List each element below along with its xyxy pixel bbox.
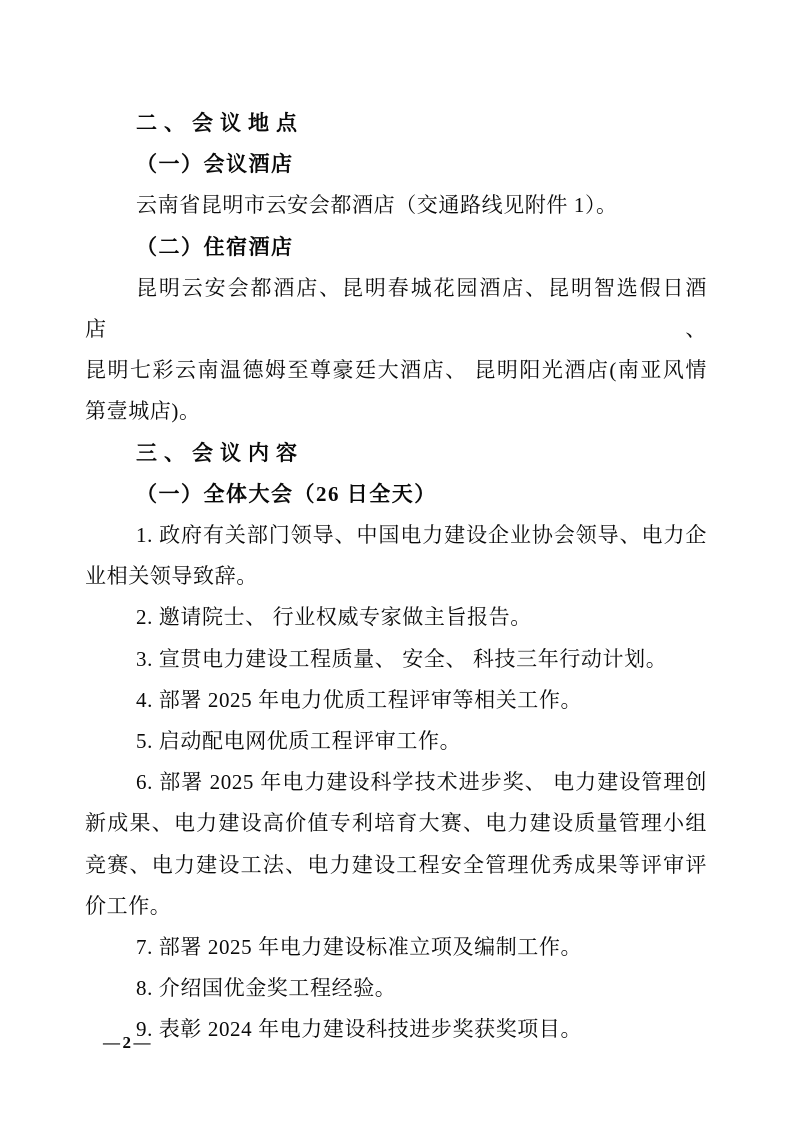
- page-number: —2—: [103, 1033, 153, 1053]
- document-page: { "doc": { "lines": [ { "role": "section…: [0, 0, 793, 1122]
- section-heading: 二、会议地点: [85, 103, 707, 144]
- subsection-heading: （二）住宿酒店: [85, 227, 707, 268]
- paragraph-line: 1. 政府有关部门领导、中国电力建设企业协会领导、电力企: [85, 515, 707, 556]
- page: 二、会议地点 （一）会议酒店 云南省昆明市云安会都酒店（交通路线见附件 1）。 …: [0, 0, 793, 1122]
- paragraph-line: 3. 宣贯电力建设工程质量、 安全、 科技三年行动计划。: [85, 639, 707, 680]
- paragraph-line: 业相关领导致辞。: [85, 556, 707, 597]
- paragraph-line: 云南省昆明市云安会都酒店（交通路线见附件 1）。: [85, 185, 707, 226]
- paragraph-line: 竞赛、电力建设工法、电力建设工程安全管理优秀成果等评审评: [85, 845, 707, 886]
- paragraph-line: 2. 邀请院士、 行业权威专家做主旨报告。: [85, 597, 707, 638]
- paragraph-line: 昆明七彩云南温德姆至尊豪廷大酒店、 昆明阳光酒店(南亚风情: [85, 350, 707, 391]
- paragraph-line: 6. 部署 2025 年电力建设科学技术进步奖、 电力建设管理创: [85, 762, 707, 803]
- paragraph-line: 昆明云安会都酒店、昆明春城花园酒店、昆明智选假日酒店、: [85, 268, 707, 350]
- subsection-heading: （一）全体大会（26 日全天）: [85, 474, 707, 515]
- paragraph-line: 新成果、电力建设高价值专利培育大赛、电力建设质量管理小组: [85, 803, 707, 844]
- paragraph-line: 价工作。: [85, 886, 707, 927]
- section-heading: 三、会议内容: [85, 433, 707, 474]
- paragraph-line: 4. 部署 2025 年电力优质工程评审等相关工作。: [85, 680, 707, 721]
- subsection-heading: （一）会议酒店: [85, 144, 707, 185]
- paragraph-line: 8. 介绍国优金奖工程经验。: [85, 968, 707, 1009]
- paragraph-line: 5. 启动配电网优质工程评审工作。: [85, 721, 707, 762]
- document-body: 二、会议地点 （一）会议酒店 云南省昆明市云安会都酒店（交通路线见附件 1）。 …: [85, 103, 707, 1051]
- paragraph-line: 7. 部署 2025 年电力建设标准立项及编制工作。: [85, 927, 707, 968]
- paragraph-line: 第壹城店)。: [85, 391, 707, 432]
- paragraph-line: 9. 表彰 2024 年电力建设科技进步奖获奖项目。: [85, 1009, 707, 1050]
